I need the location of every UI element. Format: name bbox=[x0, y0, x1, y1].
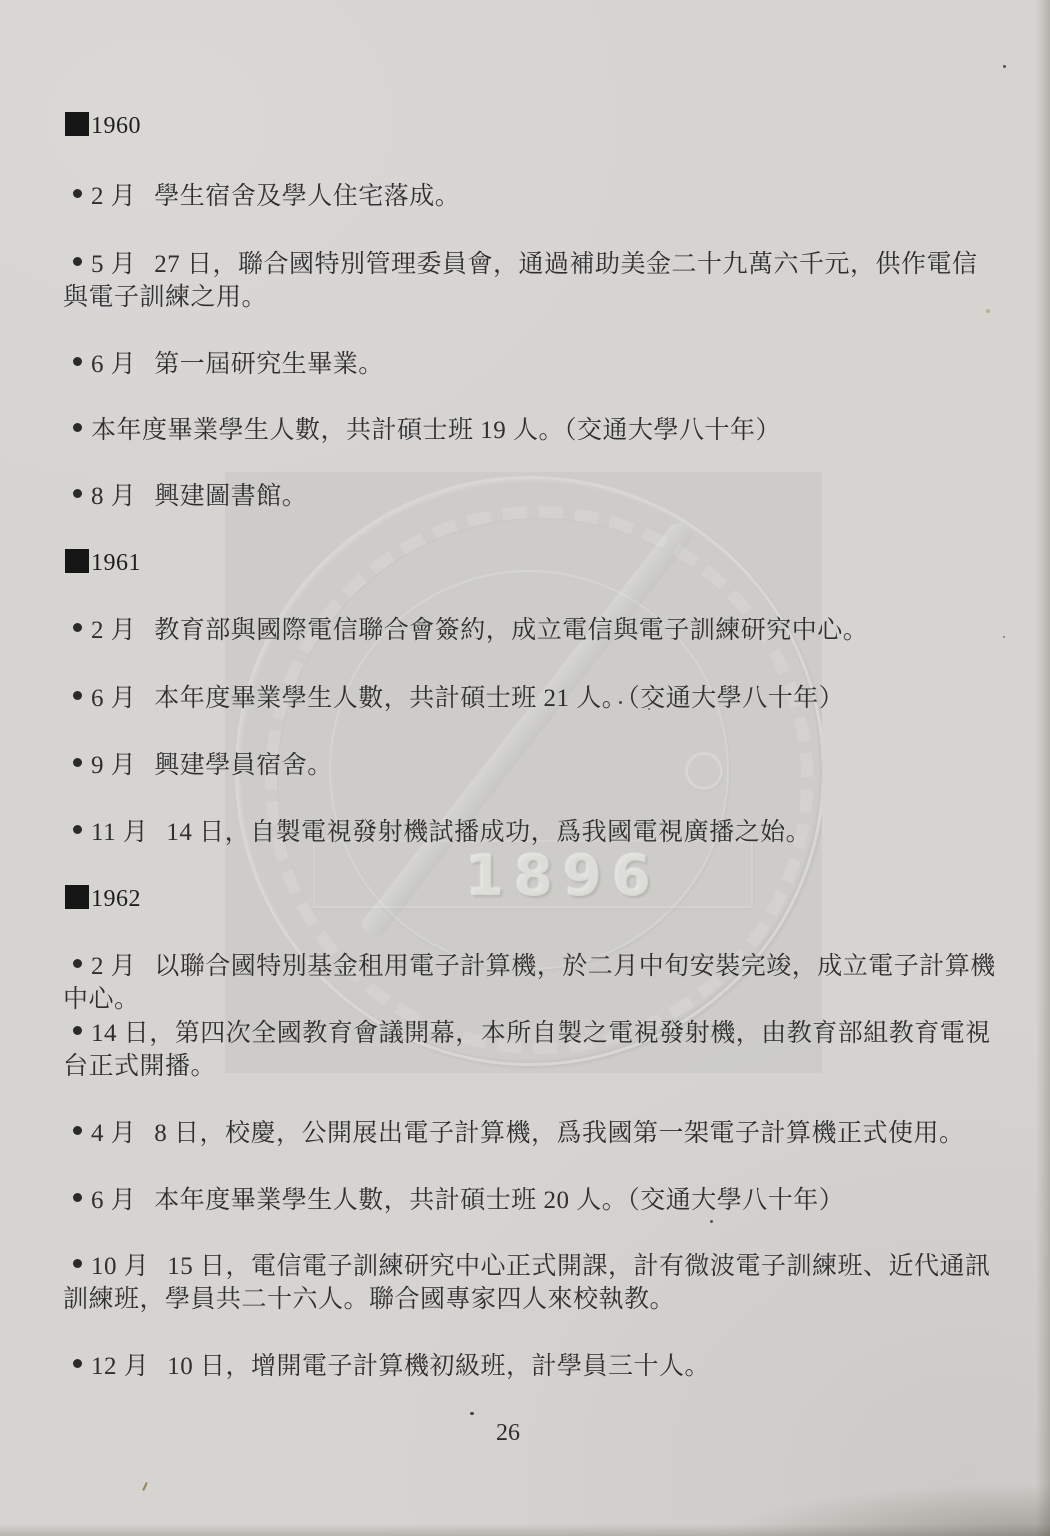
scan-edge-shadow-right bbox=[1036, 0, 1050, 1536]
year-marker-icon bbox=[65, 885, 89, 909]
year-marker-icon bbox=[65, 549, 89, 573]
timeline-entry: 10 月15 日，電信電子訓練研究中心正式開課，計有微波電子訓練班、近代通訊訓練… bbox=[63, 1250, 1003, 1316]
bullet-icon bbox=[73, 423, 82, 432]
bullet-icon bbox=[73, 959, 82, 968]
entry-month: 8 月 bbox=[91, 483, 136, 510]
scan-corner-shadow bbox=[730, 1484, 1050, 1536]
entry-text: 本年度畢業學生人數，共計碩士班 21 人。（交通大學八十年） bbox=[154, 685, 844, 712]
entry-month: 11 月 bbox=[91, 819, 148, 846]
bullet-icon bbox=[73, 1359, 82, 1368]
bullet-icon bbox=[73, 1026, 82, 1035]
timeline-entry: 9 月興建學員宿舍。 bbox=[63, 749, 1003, 782]
entry-text: 14 日，第四次全國教育會議開幕，本所自製之電視發射機，由教育部組教育電視台正式… bbox=[63, 1020, 991, 1080]
scanned-document-page: 1896 1960 2 月學生宿舍及學人住宅落成。 5 月27 日，聯合國特別管… bbox=[0, 0, 1050, 1536]
entry-text: 本年度畢業學生人數，共計碩士班 20 人。（交通大學八十年） bbox=[154, 1187, 844, 1214]
timeline-entry: 本年度畢業學生人數，共計碩士班 19 人。（交通大學八十年） bbox=[63, 414, 1003, 447]
year-label: 1962 bbox=[91, 886, 141, 912]
timeline-entry: 14 日，第四次全國教育會議開幕，本所自製之電視發射機，由教育部組教育電視台正式… bbox=[63, 1017, 1003, 1083]
timeline-entry: 8 月興建圖書館。 bbox=[63, 480, 1003, 513]
entry-month: 10 月 bbox=[91, 1253, 149, 1280]
timeline-entry: 4 月8 日，校慶，公開展出電子計算機，爲我國第一架電子計算機正式使用。 bbox=[63, 1117, 1003, 1150]
entry-month: 2 月 bbox=[91, 617, 136, 644]
page-number: 26 bbox=[0, 1420, 1016, 1447]
paper-speck bbox=[470, 1412, 474, 1415]
entry-month: 9 月 bbox=[91, 752, 136, 779]
bullet-icon bbox=[73, 1126, 82, 1135]
timeline-entry: 2 月以聯合國特別基金租用電子計算機，於二月中旬安裝完竣，成立電子計算機中心。 bbox=[63, 950, 1003, 1016]
entry-text: 興建學員宿舍。 bbox=[154, 752, 333, 779]
entry-month: 2 月 bbox=[91, 953, 136, 980]
year-marker-icon bbox=[65, 112, 89, 136]
entry-text: 本年度畢業學生人數，共計碩士班 19 人。（交通大學八十年） bbox=[91, 417, 781, 444]
paper-speck bbox=[1003, 636, 1005, 638]
bullet-icon bbox=[73, 489, 82, 498]
entry-text: 15 日，電信電子訓練研究中心正式開課，計有微波電子訓練班、近代通訊訓練班，學員… bbox=[63, 1253, 991, 1313]
entry-text: 教育部與國際電信聯合會簽約，成立電信與電子訓練研究中心。 bbox=[154, 617, 868, 644]
paper-stain bbox=[986, 309, 990, 313]
entry-text: 8 日，校慶，公開展出電子計算機，爲我國第一架電子計算機正式使用。 bbox=[154, 1120, 964, 1147]
timeline-entry: 5 月27 日，聯合國特別管理委員會，通過補助美金二十九萬六千元，供作電信與電子… bbox=[63, 248, 1003, 314]
timeline-entry: 11 月14 日，自製電視發射機試播成功，爲我國電視廣播之始。 bbox=[63, 816, 1003, 849]
entry-text: 14 日，自製電視發射機試播成功，爲我國電視廣播之始。 bbox=[166, 819, 811, 846]
entry-text: 學生宿舍及學人住宅落成。 bbox=[154, 183, 460, 210]
entry-month: 2 月 bbox=[91, 183, 136, 210]
entry-month: 6 月 bbox=[91, 685, 136, 712]
paper-speck bbox=[648, 708, 650, 710]
timeline-entry: 6 月本年度畢業學生人數，共計碩士班 21 人。（交通大學八十年） bbox=[63, 682, 1003, 715]
bullet-icon bbox=[73, 189, 82, 198]
bullet-icon bbox=[73, 758, 82, 767]
bullet-icon bbox=[73, 691, 82, 700]
bullet-icon bbox=[73, 1259, 82, 1268]
bullet-icon bbox=[73, 257, 82, 266]
paper-speck bbox=[710, 1220, 713, 1223]
timeline-entry: 6 月第一屆研究生畢業。 bbox=[63, 348, 1003, 381]
year-label: 1961 bbox=[91, 550, 141, 576]
entry-month: 6 月 bbox=[91, 1187, 136, 1214]
timeline-entry: 2 月學生宿舍及學人住宅落成。 bbox=[63, 180, 1003, 213]
bullet-icon bbox=[73, 1193, 82, 1202]
entry-month: 4 月 bbox=[91, 1120, 136, 1147]
page-content: 1960 2 月學生宿舍及學人住宅落成。 5 月27 日，聯合國特別管理委員會，… bbox=[0, 0, 1050, 1536]
year-heading-1961: 1961 bbox=[65, 547, 141, 580]
entry-text: 興建圖書館。 bbox=[154, 483, 307, 510]
bullet-icon bbox=[73, 357, 82, 366]
year-heading-1960: 1960 bbox=[65, 110, 141, 143]
entry-text: 27 日，聯合國特別管理委員會，通過補助美金二十九萬六千元，供作電信與電子訓練之… bbox=[63, 251, 978, 311]
timeline-entry: 6 月本年度畢業學生人數，共計碩士班 20 人。（交通大學八十年） bbox=[63, 1184, 1003, 1217]
entry-text: 以聯合國特別基金租用電子計算機，於二月中旬安裝完竣，成立電子計算機中心。 bbox=[63, 953, 996, 1013]
year-label: 1960 bbox=[91, 113, 141, 139]
timeline-entry: 12 月10 日，增開電子計算機初級班，計學員三十人。 bbox=[63, 1350, 1003, 1383]
year-heading-1962: 1962 bbox=[65, 883, 141, 916]
timeline-entry: 2 月教育部與國際電信聯合會簽約，成立電信與電子訓練研究中心。 bbox=[63, 614, 1003, 647]
entry-text: 10 日，增開電子計算機初級班，計學員三十人。 bbox=[167, 1353, 710, 1380]
paper-speck bbox=[1003, 65, 1006, 68]
bullet-icon bbox=[73, 825, 82, 834]
paper-speck bbox=[619, 701, 622, 704]
entry-month: 6 月 bbox=[91, 351, 136, 378]
entry-month: 12 月 bbox=[91, 1353, 149, 1380]
entry-text: 第一屆研究生畢業。 bbox=[154, 351, 384, 378]
entry-month: 5 月 bbox=[91, 251, 136, 278]
bullet-icon bbox=[73, 623, 82, 632]
